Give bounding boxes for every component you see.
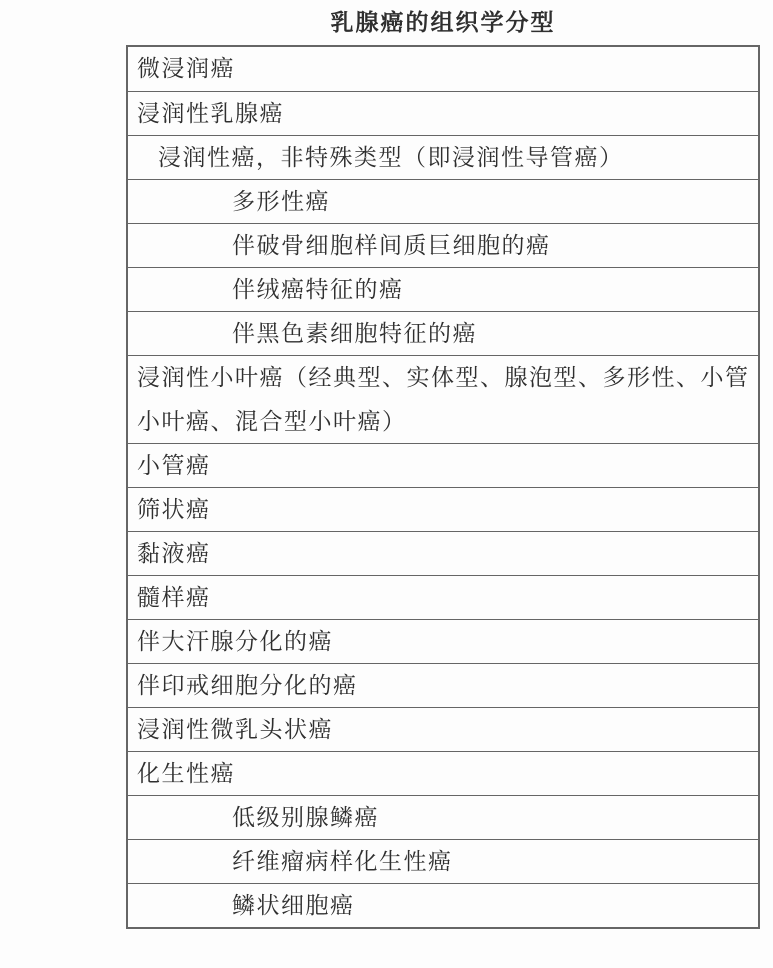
- table-row: 伴大汗腺分化的癌: [128, 619, 758, 663]
- row-label: 伴绒癌特征的癌: [232, 268, 404, 312]
- table-row: 筛状癌: [128, 487, 758, 531]
- table-row: 伴黑色素细胞特征的癌: [128, 311, 758, 355]
- row-label: 黏液癌: [137, 532, 211, 576]
- classification-table: 微浸润癌浸润性乳腺癌浸润性癌，非特殊类型（即浸润性导管癌）多形性癌伴破骨细胞样间…: [126, 45, 760, 929]
- table-row: 纤维瘤病样化生性癌: [128, 839, 758, 883]
- table-row: 多形性癌: [128, 179, 758, 223]
- table-row: 髓样癌: [128, 575, 758, 619]
- table-row: 浸润性小叶癌（经典型、实体型、腺泡型、多形性、小管小叶癌、混合型小叶癌）: [128, 355, 758, 443]
- table-row: 伴印戒细胞分化的癌: [128, 663, 758, 707]
- row-label: 浸润性微乳头状癌: [137, 708, 333, 752]
- table-row: 鳞状细胞癌: [128, 883, 758, 927]
- row-label: 筛状癌: [137, 488, 211, 532]
- table-row: 伴破骨细胞样间质巨细胞的癌: [128, 223, 758, 267]
- table-row: 低级别腺鳞癌: [128, 795, 758, 839]
- table-row: 浸润性癌，非特殊类型（即浸润性导管癌）: [128, 135, 758, 179]
- row-label: 多形性癌: [232, 180, 330, 224]
- table-row: 浸润性微乳头状癌: [128, 707, 758, 751]
- table-row: 小管癌: [128, 443, 758, 487]
- table-row: 黏液癌: [128, 531, 758, 575]
- table-row: 微浸润癌: [128, 47, 758, 91]
- row-label: 纤维瘤病样化生性癌: [232, 840, 453, 884]
- row-label: 浸润性小叶癌（经典型、实体型、腺泡型、多形性、小管小叶癌、混合型小叶癌）: [137, 356, 754, 444]
- row-label: 伴破骨细胞样间质巨细胞的癌: [232, 224, 551, 268]
- row-label: 化生性癌: [137, 752, 235, 796]
- row-label: 小管癌: [137, 444, 211, 488]
- table-row: 伴绒癌特征的癌: [128, 267, 758, 311]
- table-row: 浸润性乳腺癌: [128, 91, 758, 135]
- row-label: 髓样癌: [137, 576, 211, 620]
- row-label: 伴黑色素细胞特征的癌: [232, 312, 477, 356]
- row-label: 浸润性乳腺癌: [137, 92, 284, 136]
- row-label: 鳞状细胞癌: [232, 884, 355, 928]
- page-title: 乳腺癌的组织学分型: [126, 7, 760, 39]
- table-row: 化生性癌: [128, 751, 758, 795]
- row-label: 伴印戒细胞分化的癌: [137, 664, 358, 708]
- row-label: 低级别腺鳞癌: [232, 796, 379, 840]
- row-label: 伴大汗腺分化的癌: [137, 620, 333, 664]
- row-label: 微浸润癌: [137, 47, 235, 91]
- row-label: 浸润性癌，非特殊类型（即浸润性导管癌）: [158, 136, 624, 180]
